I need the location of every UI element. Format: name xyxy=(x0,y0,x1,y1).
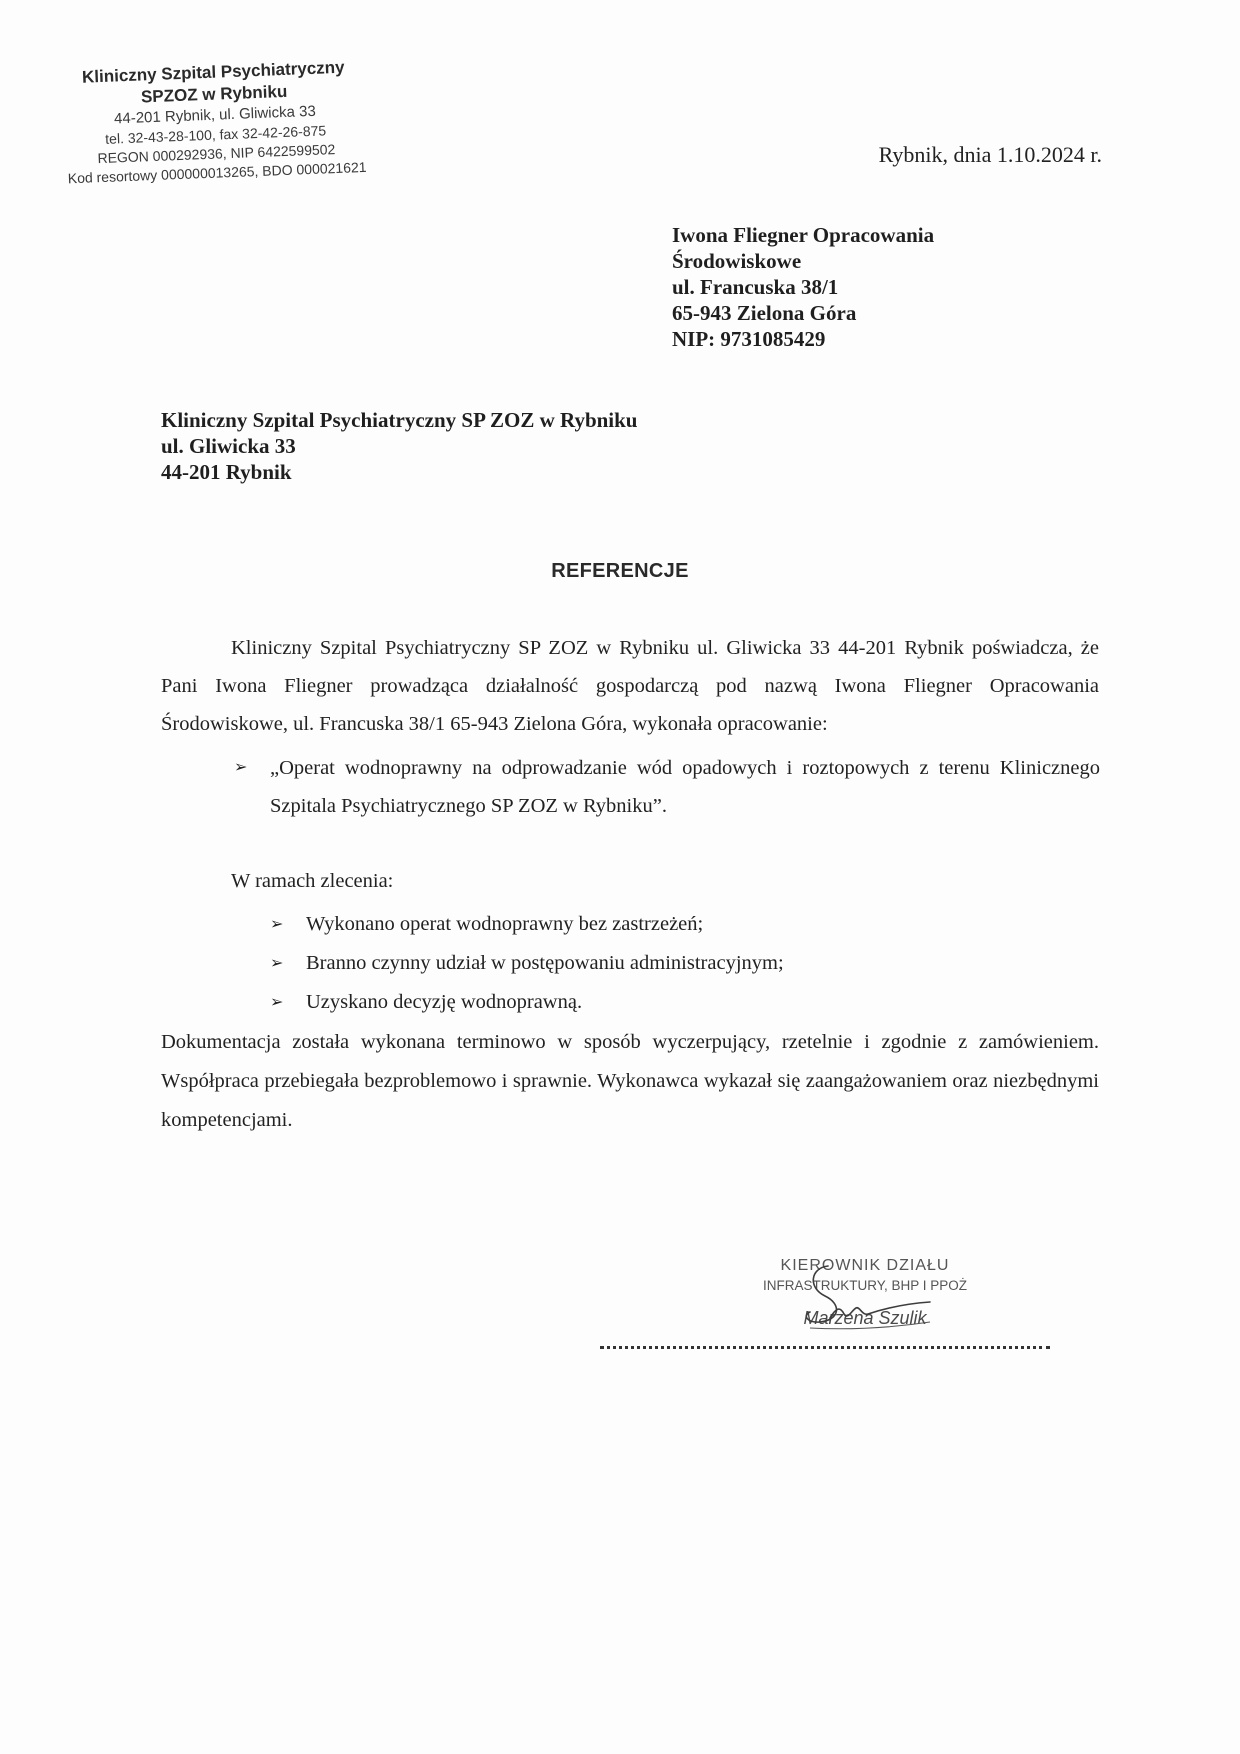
list-item: ➢ Branno czynny udział w postępowaniu ad… xyxy=(306,944,784,983)
sender-line: Kliniczny Szpital Psychiatryczny SP ZOZ … xyxy=(161,407,638,433)
list-item: ➢ „Operat wodnoprawny na odprowadzanie w… xyxy=(270,749,1100,825)
scope-intro: W ramach zlecenia: xyxy=(231,870,393,893)
paragraph-attestation: Kliniczny Szpital Psychiatryczny SP ZOZ … xyxy=(161,629,1099,743)
list-item: ➢ Wykonano operat wodnoprawny bez zastrz… xyxy=(306,905,784,944)
sender-line: ul. Gliwicka 33 xyxy=(161,433,638,459)
recipient-line: Iwona Fliegner Opracowania xyxy=(672,222,934,248)
recipient-address: Iwona Fliegner Opracowania Środowiskowe … xyxy=(672,222,934,352)
sender-line: 44-201 Rybnik xyxy=(161,459,638,485)
recipient-line: NIP: 9731085429 xyxy=(672,326,934,352)
document-page: Kliniczny Szpital Psychiatryczny SPZOZ w… xyxy=(0,0,1240,1754)
handwritten-signature-icon xyxy=(790,1258,940,1338)
scope-item: Wykonano operat wodnoprawny bez zastrzeż… xyxy=(306,905,703,944)
scope-item: Uzyskano decyzję wodnoprawną. xyxy=(306,983,582,1022)
list-item: ➢ Uzyskano decyzję wodnoprawną. xyxy=(306,983,784,1022)
arrow-bullet-icon: ➢ xyxy=(270,983,306,1022)
recipient-line: 65-943 Zielona Góra xyxy=(672,300,934,326)
scope-item: Branno czynny udział w postępowaniu admi… xyxy=(306,944,784,983)
document-date: Rybnik, dnia 1.10.2024 r. xyxy=(879,142,1102,168)
sender-address: Kliniczny Szpital Psychiatryczny SP ZOZ … xyxy=(161,407,638,485)
project-title: „Operat wodnoprawny na odprowadzanie wód… xyxy=(270,749,1100,825)
recipient-line: Środowiskowe xyxy=(672,248,934,274)
scope-list: ➢ Wykonano operat wodnoprawny bez zastrz… xyxy=(306,905,784,1022)
signature-dotted-line xyxy=(600,1346,1050,1349)
paragraph-assessment: Dokumentacja została wykonana terminowo … xyxy=(161,1023,1099,1140)
arrow-bullet-icon: ➢ xyxy=(234,749,270,825)
arrow-bullet-icon: ➢ xyxy=(270,944,306,983)
document-heading: REFERENCJE xyxy=(0,560,1240,583)
arrow-bullet-icon: ➢ xyxy=(270,905,306,944)
project-list: ➢ „Operat wodnoprawny na odprowadzanie w… xyxy=(270,749,1100,825)
hospital-stamp: Kliniczny Szpital Psychiatryczny SPZOZ w… xyxy=(48,55,382,189)
recipient-line: ul. Francuska 38/1 xyxy=(672,274,934,300)
